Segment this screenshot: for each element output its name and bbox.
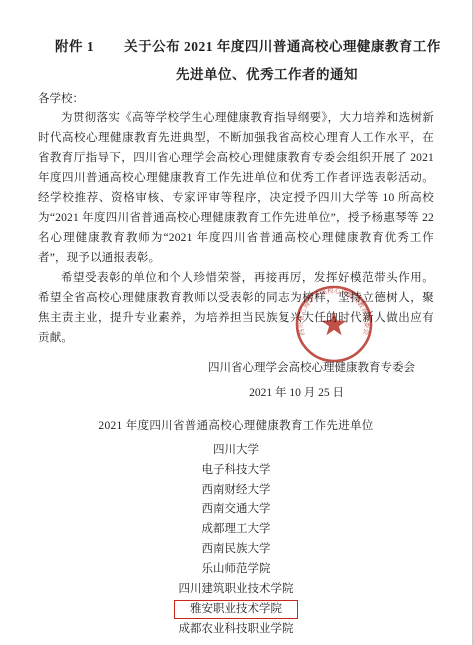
award-item: 电子科技大学 [0, 461, 472, 481]
award-item: 西南财经大学 [0, 481, 472, 501]
notice-title-line2: 先进单位、优秀工作者的通知 [0, 67, 472, 83]
notice-title-line1: 关于公布 2021 年度四川普通高校心理健康教育工作 [124, 39, 441, 55]
award-item: 西南交通大学 [0, 500, 472, 520]
salutation: 各学校： [38, 90, 434, 108]
award-item: 四川大学 [0, 441, 472, 461]
awards-title: 2021 年度四川省普通高校心理健康教育工作先进单位 [0, 417, 472, 435]
signature-org: 四川省心理学会高校心理健康教育专委会 [0, 360, 472, 376]
award-item: 成都理工大学 [0, 520, 472, 540]
award-item: 四川建筑职业技术学院 [0, 580, 472, 600]
award-item: 西南民族大学 [0, 540, 472, 560]
body-paragraph-2: 希望受表彰的单位和个人珍惜荣誉，再接再厉，发挥好模范带头作用。希望全省高校心理健… [38, 268, 434, 348]
award-list: 2021 年度四川省普通高校心理健康教育工作先进单位 四川大学 电子科技大学 西… [0, 417, 472, 640]
document-page: 附件 1 关于公布 2021 年度四川普通高校心理健康教育工作 先进单位、优秀工… [0, 0, 473, 645]
award-item-highlighted: 雅安职业技术学院 [0, 599, 472, 620]
title-row: 附件 1 关于公布 2021 年度四川普通高校心理健康教育工作 [0, 0, 472, 55]
signature-date: 2021 年 10 月 25 日 [0, 385, 472, 401]
attachment-label: 附件 1 [55, 39, 94, 55]
award-item: 乐山师范学院 [0, 560, 472, 580]
body-paragraph-1: 为贯彻落实《高等学校学生心理健康教育指导纲要》，大力培养和选树新时代高校心理健康… [38, 108, 434, 268]
award-item: 成都农业科技职业学院 [0, 620, 472, 640]
highlight-box: 雅安职业技术学院 [174, 600, 298, 619]
